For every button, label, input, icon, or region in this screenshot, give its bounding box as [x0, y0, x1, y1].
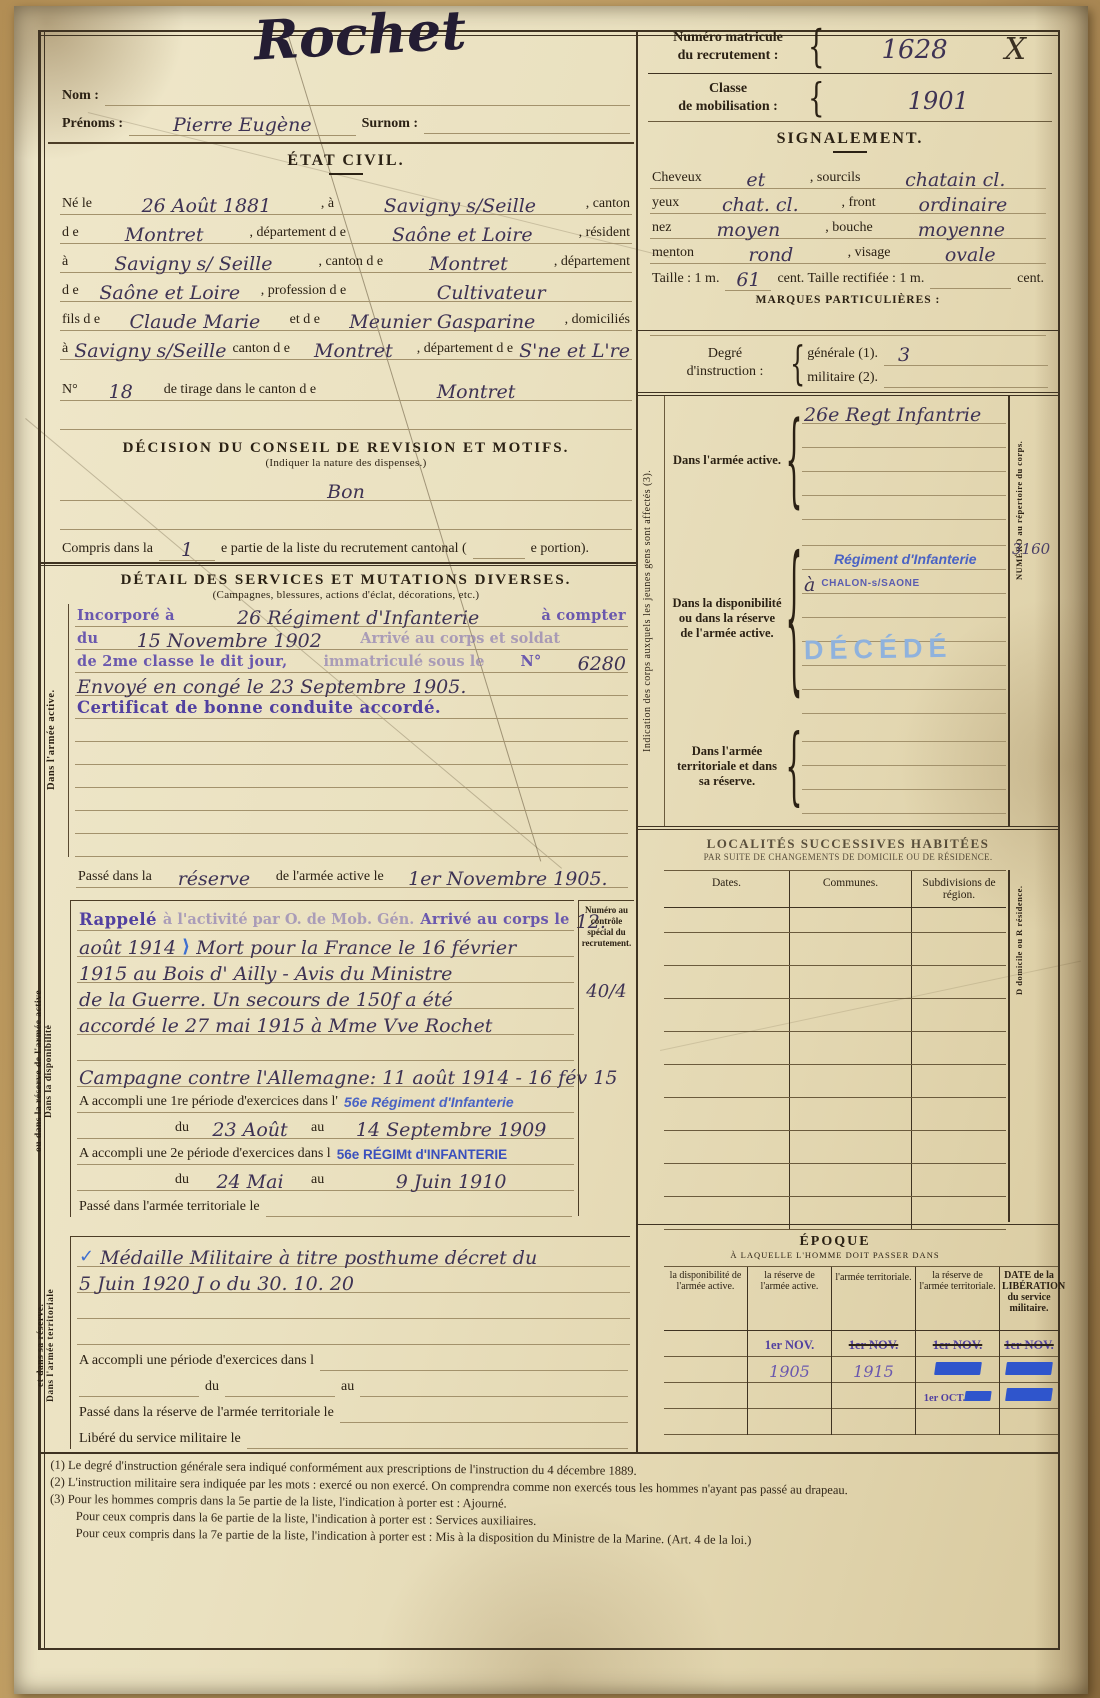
- handwritten-text: Savigny s/Seille: [74, 342, 226, 361]
- table-cell: [790, 966, 912, 998]
- printed-label: de l'armée active le: [276, 869, 384, 887]
- table-cell: [664, 1131, 790, 1163]
- nez-line: nezmoyen, bouchemoyenne: [650, 214, 1046, 239]
- service-entry-classe: de 2me classe le dit jour,immatriculé so…: [75, 650, 628, 673]
- epoque-col-date-liberation: DATE de la LIBÉRATION du service militai…: [1000, 1267, 1058, 1435]
- blank-line: [75, 742, 628, 765]
- table-cell: [790, 1065, 912, 1097]
- epoque-cell: [664, 1357, 747, 1383]
- classe-label: Classe: [648, 81, 808, 99]
- printed-label: , profession d e: [261, 283, 347, 301]
- table-cell: [664, 1098, 790, 1130]
- handwritten-blue-mark: ✓: [79, 1248, 94, 1266]
- corps-group-territoriale: Dans l'armée territoriale et dans sa rés…: [668, 718, 1006, 814]
- handwritten-text: ovale: [896, 246, 1044, 265]
- table-cell: [790, 1032, 912, 1064]
- handwritten-text: 26e Regt Infantrie: [804, 406, 1004, 425]
- table-cell: [912, 966, 1006, 998]
- printed-label: N°: [62, 382, 78, 400]
- localites-header: LOCALITÉS SUCCESSIVES HABITÉES PAR SUITE…: [650, 836, 1046, 862]
- printed-label: nez: [652, 220, 671, 238]
- decision-title: DÉCISION DU CONSEIL DE REVISION ET MOTIF…: [60, 440, 632, 457]
- handwritten-text: accordé le 27 mai 1915 à Mme Vve Rochet: [79, 1017, 572, 1036]
- birth-line-5: fils d eClaude Marieet d eMeunier Gaspar…: [60, 302, 632, 331]
- printed-label: A accompli une période d'exercices dans …: [79, 1353, 314, 1371]
- etat-civil-section: Né le26 Août 1881, àSavigny s/Seille, ca…: [60, 186, 632, 360]
- table-cell: [664, 966, 790, 998]
- localites-empty-row: [664, 999, 1006, 1032]
- localites-side-label: D domicile ou R résidence.: [1014, 880, 1028, 1000]
- services-header: DÉTAIL DES SERVICES ET MUTATIONS DIVERSE…: [60, 572, 632, 601]
- tirage-line: N°18de tirage dans le canton d eMontret: [60, 372, 632, 401]
- printed-label: e partie de la liste du recrutement cant…: [221, 541, 467, 559]
- corps-group-disponibilite: Dans la disponibilité ou dans la réserve…: [668, 522, 1006, 714]
- epoque-col-reserve-active: la réserve de l'armée active. 1er NOV. 1…: [748, 1267, 832, 1435]
- corps-group-label: Dans l'armée active.: [668, 400, 786, 520]
- brace: {: [808, 76, 825, 121]
- cheveux-line: Cheveuxet, sourcilschatain cl.: [650, 164, 1046, 189]
- tirage-section: N°18de tirage dans le canton d eMontret: [60, 372, 632, 430]
- menton-line: mentonrond, visageovale: [650, 239, 1046, 264]
- service-entry-date: du15 Novembre 1902Arrivé au corps et sol…: [75, 627, 628, 650]
- printed-label: au: [311, 1120, 324, 1138]
- handwritten-text: Envoyé en congé le 23 Septembre 1905.: [77, 678, 466, 697]
- epoque-cell: 1er NOV.: [748, 1331, 831, 1357]
- epoque-cell: [916, 1409, 999, 1435]
- localites-empty-row: [664, 1032, 1006, 1065]
- epoque-cell: [748, 1383, 831, 1409]
- matricule-label: Numéro matricule: [648, 30, 808, 48]
- blank-line: [75, 765, 628, 788]
- epoque-col-reserve-territoriale: la réserve de l'armée territoriale. 1er …: [916, 1267, 1000, 1435]
- table-cell: [790, 900, 912, 932]
- blank-line: [802, 594, 1006, 618]
- epoque-title: ÉPOQUE: [664, 1234, 1006, 1250]
- handwritten-text: 1er Novembre 1905.: [390, 870, 626, 889]
- passe-reserve-section: Passé dans laréservede l'armée active le…: [76, 858, 628, 888]
- printed-label: fils d e: [62, 312, 100, 330]
- blank-line: [75, 834, 628, 857]
- column-divider: [636, 30, 638, 1452]
- epoque-cell: 1er NOV.: [916, 1331, 999, 1357]
- localites-empty-row: [664, 966, 1006, 999]
- epoque-value: 1er OCT.: [924, 1393, 966, 1404]
- epoque-value: 1905: [769, 1362, 810, 1381]
- decision-value: Bon: [60, 472, 632, 501]
- decision-header: DÉCISION DU CONSEIL DE REVISION ET MOTIF…: [60, 440, 632, 469]
- corps-side-label: Indication des corps auxquels les jeunes…: [642, 402, 660, 820]
- blue-stamp-small: CHALON-s/SAONE: [821, 578, 919, 593]
- epoque-cell: [1000, 1357, 1058, 1383]
- handwritten-blue-mark: ⟩: [182, 938, 190, 956]
- blank-line: [802, 666, 1006, 690]
- prenoms-label: Prénoms :: [62, 116, 123, 134]
- decision-section: BonCompris dans la1e partie de la liste …: [60, 472, 632, 559]
- handwritten-text: moyenne: [879, 221, 1044, 240]
- passe-territoriale-line: Passé dans l'armée territoriale le: [77, 1191, 574, 1217]
- handwritten-text: 26 Août 1881: [98, 197, 315, 216]
- repertoire-strip-divider: [1008, 396, 1010, 826]
- chalon-stamp-line: àCHALON-s/SAONE: [802, 570, 1006, 594]
- purple-stamp-text: de 2me classe le dit jour,: [77, 653, 288, 672]
- handwritten-text: Meunier Gasparine: [326, 313, 559, 332]
- blank-line: [802, 496, 1006, 520]
- epoque-col-header: l'armée territoriale.: [832, 1272, 915, 1283]
- medaille-line-2: 5 Juin 1920 J o du 30. 10. 20: [77, 1267, 630, 1293]
- faded-stamp-text: Arrivé au corps et soldat: [360, 630, 626, 649]
- blank-line: [77, 1293, 630, 1319]
- blank-underline: [340, 1422, 628, 1423]
- purple-stamp-text: Arrivé au corps le: [420, 911, 569, 930]
- printed-label: e portion).: [531, 541, 589, 559]
- handwritten-text: 14 Septembre 1909: [330, 1121, 572, 1140]
- blank-line: [802, 790, 1006, 814]
- handwritten-text: 18: [84, 383, 158, 402]
- divider: [636, 1224, 1058, 1227]
- epoque-cell: 1905: [748, 1357, 831, 1383]
- blank-line: [802, 766, 1006, 790]
- printed-label: , visage: [848, 245, 891, 263]
- regiment-stamp-line: Régiment d'Infanterie: [802, 546, 1006, 570]
- frame-right: [1058, 30, 1060, 1650]
- divider: [636, 826, 1058, 830]
- purple-stamp-bold: Rappelé: [79, 910, 157, 930]
- mort-line-4: accordé le 27 mai 1915 à Mme Vve Rochet: [77, 1009, 574, 1035]
- handwritten-text: rond: [700, 246, 842, 265]
- printed-label: Né le: [62, 196, 92, 214]
- handwritten-text: 26 Régiment d'Infanterie: [181, 609, 535, 628]
- blank-line: [802, 690, 1006, 714]
- blank-underline: [225, 1396, 335, 1397]
- printed-label: cent.: [1017, 271, 1044, 289]
- nom-label: Nom :: [62, 88, 99, 106]
- signalement-header: SIGNALEMENT.: [650, 130, 1050, 153]
- epoque-col-disponibilite: la disponibilité de l'armée active.: [664, 1267, 748, 1435]
- blank-underline: [266, 1216, 572, 1217]
- mort-line-1: août 1914⟩Mort pour la France le 16 févr…: [77, 931, 574, 957]
- classe-label2: de mobilisation :: [648, 99, 808, 117]
- printed-label: , bouche: [825, 220, 872, 238]
- printed-label: Libéré du service militaire le: [79, 1431, 241, 1449]
- epoque-cell: 1er OCT.: [916, 1383, 999, 1409]
- handwritten-text: ordinaire: [882, 196, 1044, 215]
- handwritten-text: Montret: [389, 255, 548, 274]
- table-cell: [664, 1164, 790, 1196]
- matricule-row: Numéro matricule du recrutement : { 1628…: [648, 22, 1052, 74]
- localites-empty-row: [664, 933, 1006, 966]
- handwritten-text: août 1914: [79, 939, 176, 958]
- blank-line: [802, 742, 1006, 766]
- handwritten-text: S'ne et L're: [519, 342, 630, 361]
- localites-empty-row: [664, 1098, 1006, 1131]
- blank-line: [77, 1035, 574, 1061]
- table-cell: [664, 999, 790, 1031]
- side-label-armee-active: Dans l'armée active.: [46, 615, 59, 865]
- territoriale-section: ✓Médaille Militaire à titre posthume déc…: [70, 1236, 630, 1449]
- side-label-disponibilite: ou dans la réserve de l'armée active Dan…: [34, 940, 62, 1202]
- printed-label: yeux: [652, 195, 679, 213]
- birth-line-2: d eMontret, département d eSaône et Loir…: [60, 215, 632, 244]
- redaction-bar: [1005, 1388, 1053, 1401]
- blank-underline: [247, 1448, 628, 1449]
- localites-side-divider: [1008, 870, 1010, 1222]
- printed-label: , sourcils: [810, 170, 861, 188]
- surnom-label: Surnom :: [362, 116, 418, 134]
- passe-reserve-line: Passé dans laréservede l'armée active le…: [76, 858, 628, 888]
- blank-line: [802, 718, 1006, 742]
- service-entry-certificat: Certificat de bonne conduite accordé.: [75, 696, 628, 719]
- birth-line-4: d eSaône et Loire, profession d eCultiva…: [60, 273, 632, 302]
- printed-label: à: [62, 254, 68, 272]
- table-cell: [912, 1098, 1006, 1130]
- redaction-bar: [1005, 1362, 1053, 1375]
- handwritten-text: Saône et Loire: [85, 284, 255, 303]
- blank-line: [802, 448, 1006, 472]
- medaille-line-1: ✓Médaille Militaire à titre posthume déc…: [77, 1241, 630, 1267]
- mort-line-3: de la Guerre. Un secours de 150f a été: [77, 983, 574, 1009]
- matricule-cross-mark: X: [1005, 35, 1026, 65]
- printed-label: de tirage dans le canton d e: [164, 382, 316, 400]
- libere-line: Libéré du service militaire le: [77, 1423, 630, 1449]
- passe-reserve-terr-line: Passé dans la réserve de l'armée territo…: [77, 1397, 630, 1423]
- title-rule: [833, 151, 867, 153]
- printed-label: Cheveux: [652, 170, 702, 188]
- purple-stamp-text: N°: [520, 653, 541, 672]
- purple-stamp-text: Incorporé à: [77, 607, 175, 626]
- decede-stamp-line: DÉCÉDÉ: [802, 642, 1006, 666]
- rappele-section: Rappeléà l'activité par O. de Mob. Gén.A…: [70, 900, 574, 1217]
- handwritten-text: chat. cl.: [685, 196, 835, 215]
- signalement-title: SIGNALEMENT.: [650, 130, 1050, 148]
- degre-label2: d'instruction :: [660, 364, 790, 382]
- handwritten-text: Campagne contre l'Allemagne: 11 août 191…: [79, 1069, 617, 1088]
- epoque-date-header: DATE de la LIBÉRATION du service militai…: [1000, 1267, 1058, 1331]
- localites-rows: [664, 900, 1006, 1230]
- printed-label: , résident: [579, 225, 630, 243]
- blank-underline: [360, 1396, 628, 1397]
- localites-empty-row: [664, 1131, 1006, 1164]
- classe-value: 1901: [825, 89, 1052, 113]
- blank-line: [60, 501, 632, 530]
- table-cell: [790, 1131, 912, 1163]
- handwritten-text: Montret: [322, 383, 630, 402]
- printed-label: , à: [321, 196, 334, 214]
- handwritten-text: 1: [159, 541, 215, 561]
- table-cell: [790, 1164, 912, 1196]
- table-cell: [664, 900, 790, 932]
- handwritten-text: 61: [725, 271, 771, 291]
- purple-stamp-text: à compter: [541, 607, 626, 626]
- matricule-value: 1628: [825, 37, 1005, 63]
- printed-label: et d e: [290, 312, 320, 330]
- title-rule: [329, 173, 363, 175]
- handwritten-text: chatain cl.: [866, 171, 1044, 190]
- printed-label: Passé dans la réserve de l'armée territo…: [79, 1405, 334, 1423]
- handwritten-text: 15 Novembre 1902: [104, 632, 354, 651]
- blank-underline: [424, 133, 630, 134]
- epoque-value: 1er NOV.: [765, 1338, 815, 1352]
- printed-label: , canton: [586, 196, 630, 214]
- etat-civil-title: ÉTAT CIVIL.: [60, 152, 632, 170]
- epoque-col-territoriale: l'armée territoriale. 1er NOV. 1915: [832, 1267, 916, 1435]
- signalement-section: Cheveuxet, sourcilschatain cl.yeuxchat. …: [650, 164, 1046, 289]
- printed-label: , domiciliés: [565, 312, 630, 330]
- services-subtitle: (Campagnes, blessures, actions d'éclat, …: [60, 589, 632, 601]
- birth-line-3: àSavigny s/ Seille, canton d eMontret, d…: [60, 244, 632, 273]
- blank-line: [75, 788, 628, 811]
- service-entry-incorpore: Incorporé à26 Régiment d'Infanterieà com…: [75, 604, 628, 627]
- footnotes: (1) Le degré d'instruction générale sera…: [50, 1457, 1051, 1552]
- blank-line: [77, 1319, 630, 1345]
- epoque-header: ÉPOQUE À LAQUELLE L'HOMME DOIT PASSER DA…: [664, 1234, 1006, 1260]
- decede-stamp: DÉCÉDÉ: [804, 633, 953, 667]
- epoque-cell: [832, 1383, 915, 1409]
- printed-label: A accompli une 2e période d'exercices da…: [79, 1146, 331, 1164]
- printed-label: , département d e: [417, 341, 513, 359]
- printed-label: d e: [62, 283, 79, 301]
- handwritten-text: Saône et Loire: [352, 226, 573, 245]
- periode-1-line: A accompli une 1re période d'exercices d…: [77, 1087, 574, 1113]
- printed-label: Taille : 1 m.: [652, 271, 719, 289]
- epoque-value-struck: 1er NOV.: [933, 1338, 983, 1352]
- compris-line: Compris dans la1e partie de la liste du …: [60, 530, 632, 559]
- printed-label: du: [175, 1120, 189, 1138]
- yeux-line: yeuxchat. cl., frontordinaire: [650, 189, 1046, 214]
- epoque-table: la disponibilité de l'armée active. la r…: [664, 1266, 1058, 1435]
- blank-line: [60, 401, 632, 430]
- campagne-line: Campagne contre l'Allemagne: 11 août 191…: [77, 1061, 574, 1087]
- controle-header: Numéro au contrôle spécial du recrutemen…: [579, 901, 634, 953]
- handwritten-text: 24 Mai: [195, 1173, 305, 1192]
- epoque-cell: [748, 1409, 831, 1435]
- table-cell: [912, 933, 1006, 965]
- table-cell: [912, 999, 1006, 1031]
- repertoire-number-value: 3160: [1012, 542, 1050, 557]
- localites-subtitle: PAR SUITE DE CHANGEMENTS DE DOMICILE OU …: [650, 852, 1046, 862]
- handwritten-text: Médaille Militaire à titre posthume décr…: [100, 1249, 628, 1268]
- degre-militaire-label: militaire (2).: [807, 370, 878, 388]
- corps-group-active: Dans l'armée active. { 26e Regt Infantri…: [668, 400, 1006, 520]
- epoque-col-header: la réserve de l'armée active.: [748, 1267, 831, 1331]
- degre-generale-label: générale (1).: [807, 346, 878, 364]
- epoque-value-struck: 1er NOV.: [849, 1338, 899, 1352]
- handwritten-text: Cultivateur: [352, 284, 630, 303]
- epoque-cell: [1000, 1409, 1058, 1435]
- epoque-cell: [664, 1383, 747, 1409]
- handwritten-text: de la Guerre. Un secours de 150f a été: [79, 991, 572, 1010]
- classe-row: Classe de mobilisation : { 1901: [648, 76, 1052, 122]
- side-label-line: Dans l'armée territoriale: [46, 1250, 56, 1440]
- blank-underline: [320, 1370, 628, 1371]
- handwritten-text: réserve: [158, 870, 270, 889]
- purple-stamp-text: du: [77, 630, 98, 649]
- periode-2-dates: du24 Maiau9 Juin 1910: [77, 1165, 574, 1191]
- handwritten-text: Claude Marie: [106, 313, 284, 332]
- table-cell: [912, 1065, 1006, 1097]
- epoque-cell: 1915: [832, 1357, 915, 1383]
- redaction-bar: [934, 1362, 982, 1375]
- divider: [636, 392, 1058, 396]
- rappel-stamp-line: Rappeléà l'activité par O. de Mob. Gén.A…: [77, 905, 574, 931]
- corps-group-label: Dans la disponibilité ou dans la réserve…: [668, 522, 786, 714]
- handwritten-text: Savigny s/Seille: [340, 197, 580, 216]
- epoque-cell: [832, 1409, 915, 1435]
- etat-civil-header: ÉTAT CIVIL.: [60, 152, 632, 175]
- epoque-cell: [1000, 1383, 1058, 1409]
- prenoms-row: Prénoms : Pierre Eugène Surnom :: [60, 106, 632, 134]
- footnotes-divider: [38, 1452, 1060, 1454]
- printed-label: du: [175, 1172, 189, 1190]
- table-cell: [912, 1164, 1006, 1196]
- printed-label: au: [311, 1172, 324, 1190]
- printed-label: Compris dans la: [62, 541, 153, 559]
- handwritten-text: 23 Août: [195, 1121, 305, 1140]
- faded-stamp-text: à l'activité par O. de Mob. Gén.: [163, 911, 414, 930]
- periode-terr-line: A accompli une période d'exercices dans …: [77, 1345, 630, 1371]
- printed-label: A accompli une 1re période d'exercices d…: [79, 1094, 338, 1112]
- printed-label: , front: [841, 195, 875, 213]
- faded-stamp-text: immatriculé sous le: [324, 653, 485, 672]
- epoque-col-header-wrap: l'armée territoriale.: [832, 1267, 915, 1331]
- blank-line: [75, 811, 628, 834]
- epoque-col-header: la disponibilité de l'armée active.: [664, 1267, 747, 1331]
- side-label-line: ou dans la réserve de l'armée active: [34, 940, 44, 1202]
- printed-label: , canton d e: [319, 254, 384, 272]
- epoque-cell: 1er NOV.: [1000, 1331, 1058, 1357]
- periode-2-line: A accompli une 2e période d'exercices da…: [77, 1139, 574, 1165]
- epoque-col-header: la réserve de l'armée territoriale.: [916, 1267, 999, 1331]
- nom-row: Nom :: [60, 80, 632, 106]
- birth-line-1: Né le26 Août 1881, àSavigny s/Seille, ca…: [60, 186, 632, 215]
- controle-box: Numéro au contrôle spécial du recrutemen…: [578, 900, 634, 1216]
- table-cell: [790, 933, 912, 965]
- epoque-subtitle: À LAQUELLE L'HOMME DOIT PASSER DANS: [664, 1250, 1006, 1260]
- divider: [48, 142, 634, 144]
- blue-stamp-italic: 56e Régiment d'Infanterie: [344, 1094, 572, 1112]
- printed-label: , département: [554, 254, 630, 272]
- repertoire-label: NUMÉRO au répertoire du corps.: [1014, 410, 1028, 610]
- services-section: Incorporé à26 Régiment d'Infanterieà com…: [68, 604, 628, 857]
- taille-line: Taille : 1 m.61cent. Taille rectifiée : …: [650, 264, 1046, 289]
- handwritten-text: Savigny s/ Seille: [74, 255, 312, 274]
- table-cell: [664, 933, 790, 965]
- corps-group-label: Dans l'armée territoriale et dans sa rés…: [668, 718, 786, 814]
- printed-label: du: [205, 1379, 219, 1397]
- localites-title: LOCALITÉS SUCCESSIVES HABITÉES: [650, 836, 1046, 852]
- printed-label: , département d e: [250, 225, 346, 243]
- table-cell: [912, 900, 1006, 932]
- handwritten-text: Montret: [296, 342, 411, 361]
- localites-empty-row: [664, 1164, 1006, 1197]
- controle-value: 40/4: [579, 983, 634, 1001]
- handwritten-text: Bon: [62, 483, 630, 502]
- localites-empty-row: [664, 1065, 1006, 1098]
- printed-label: menton: [652, 245, 694, 263]
- blue-stamp-bold: 56e RÉGIMt d'INFANTERIE: [337, 1147, 572, 1164]
- divider: [636, 330, 1058, 333]
- blue-stamp-italic: Régiment d'Infanterie: [834, 551, 977, 569]
- table-cell: [790, 1098, 912, 1130]
- printed-label: à: [62, 341, 68, 359]
- handwritten-text: Mort pour la France le 16 février: [196, 939, 572, 958]
- blank-underline: [79, 1396, 199, 1397]
- epoque-cell: 1er NOV.: [832, 1331, 915, 1357]
- decision-subtitle: (Indiquer la nature des dispenses.): [60, 457, 632, 469]
- mort-line-2: 1915 au Bois d' Ailly - Avis du Ministre: [77, 957, 574, 983]
- degre-generale-value: 3: [884, 346, 1048, 366]
- epoque-cell: [664, 1409, 747, 1435]
- handwritten-text: à: [804, 576, 815, 595]
